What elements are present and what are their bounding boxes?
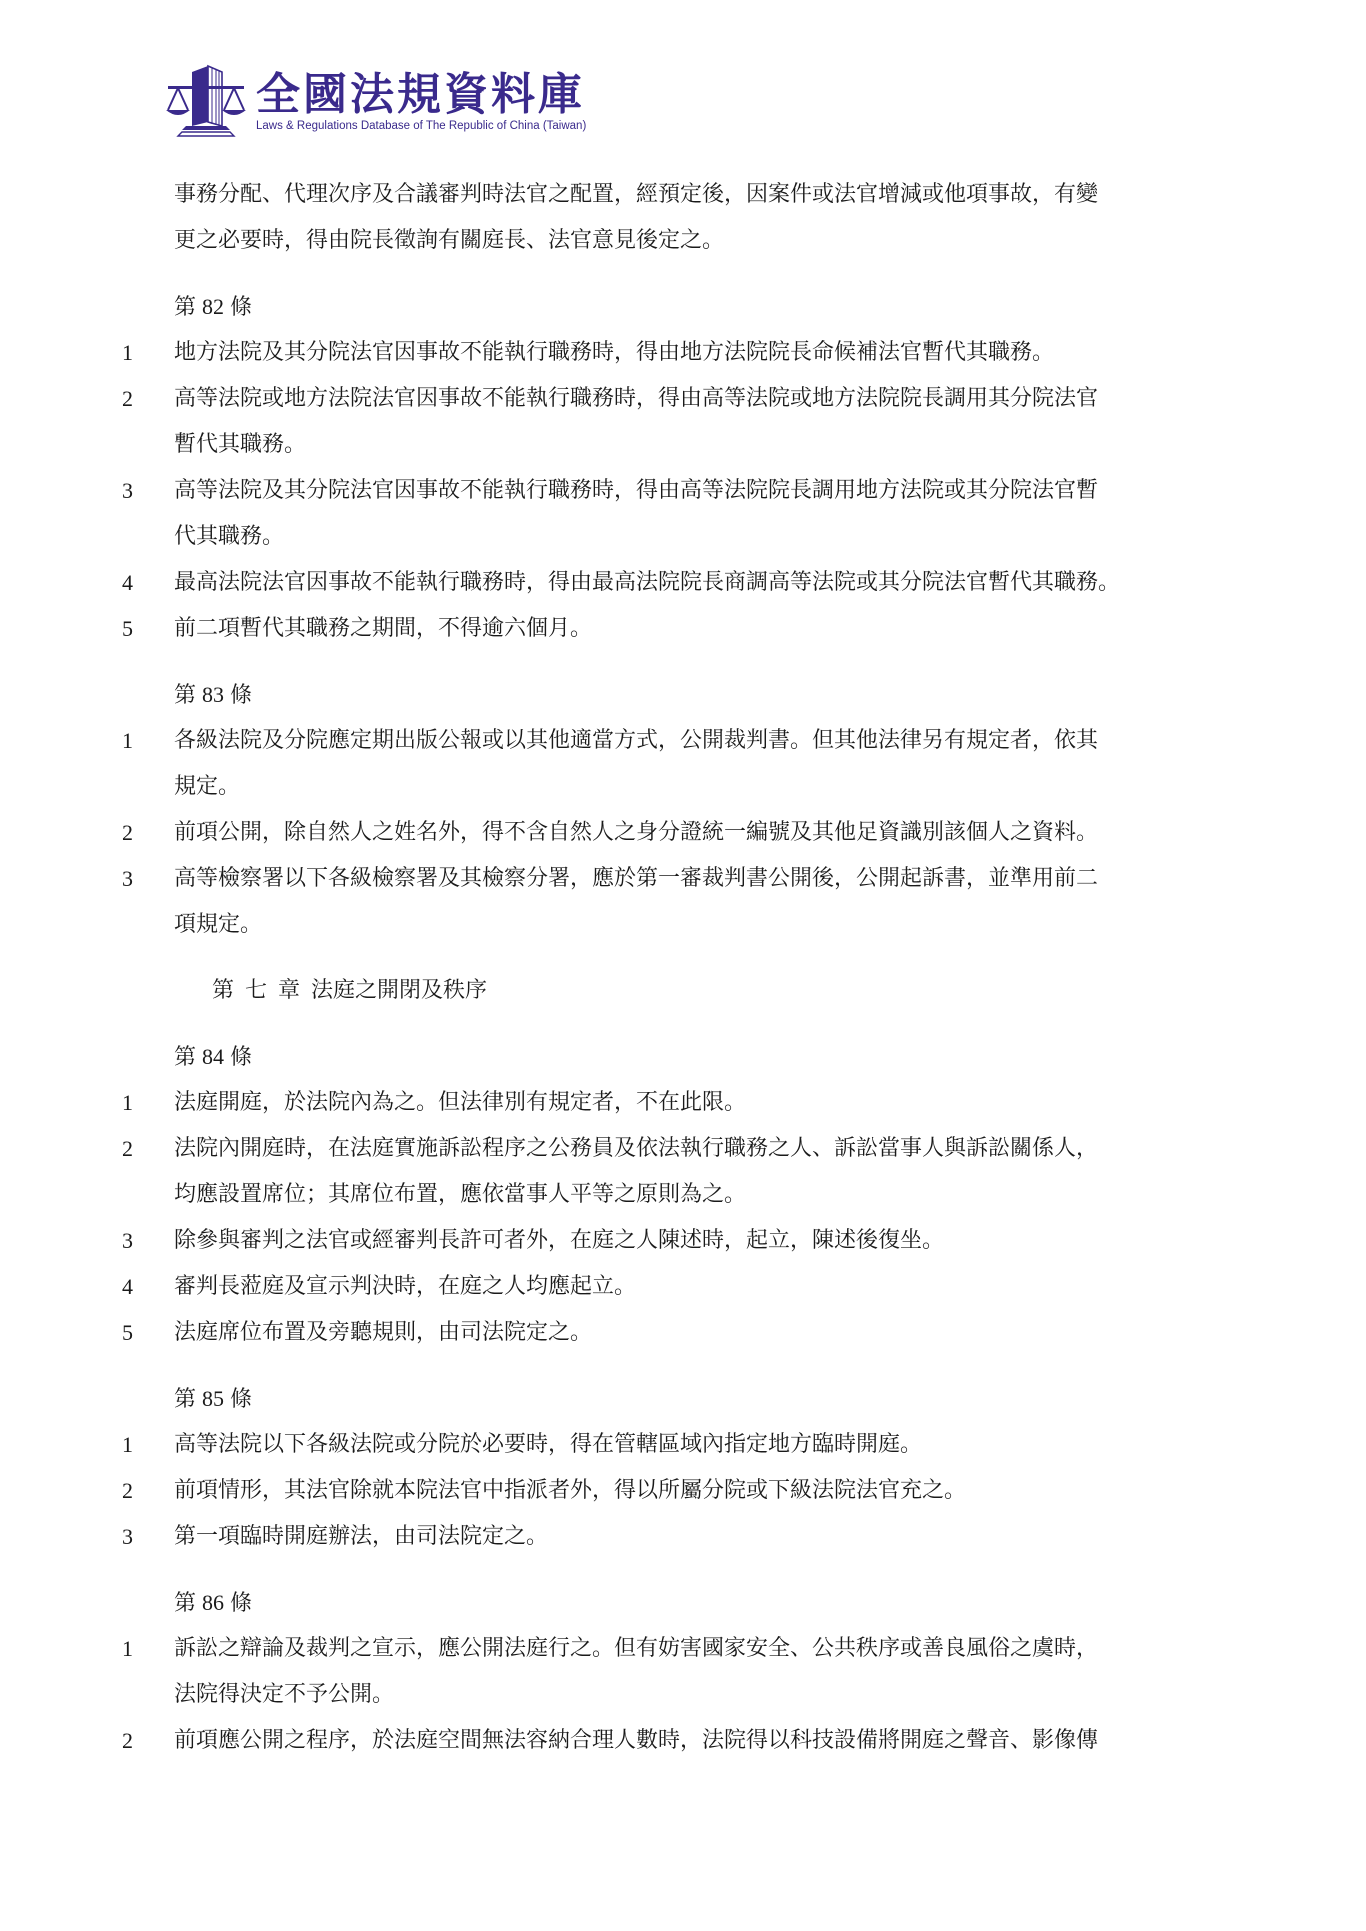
article-84-title: 第84條: [174, 1034, 1366, 1080]
chapter-label: 第 七 章: [212, 978, 300, 1003]
paragraph-number: 2: [122, 1718, 142, 1764]
document-body: 事務分配、代理次序及合議審判時法官之配置，經預定後，因案件或法官增減或他項事故，…: [0, 172, 1366, 1764]
paragraph-number: 3: [122, 856, 142, 902]
paragraph-number: 3: [122, 468, 142, 514]
article-82-paragraph-1: 1 地方法院及其分院法官因事故不能執行職務時，得由地方法院院長命候補法官暫代其職…: [0, 330, 1366, 376]
article-86-paragraph-2: 2 前項應公開之程序，於法庭空間無法容納合理人數時，法院得以科技設備將開庭之聲音…: [0, 1718, 1366, 1764]
paragraph-number: 1: [122, 718, 142, 764]
paragraph-number: 5: [122, 606, 142, 652]
chapter-heading: 第 七 章 法庭之開閉及秩序: [212, 968, 1366, 1014]
paragraph-number: 2: [122, 376, 142, 422]
article-85-paragraph-2: 2 前項情形，其法官除就本院法官中指派者外，得以所屬分院或下級法院法官充之。: [0, 1468, 1366, 1514]
paragraph-number: 1: [122, 1422, 142, 1468]
article-85-title: 第85條: [174, 1376, 1366, 1422]
text-line: 事務分配、代理次序及合議審判時法官之配置，經預定後，因案件或法官增減或他項事故，…: [174, 172, 1254, 218]
article-82-paragraph-3: 3 高等法院及其分院法官因事故不能執行職務時，得由高等法院院長調用地方法院或其分…: [0, 468, 1366, 560]
article-82-paragraph-4: 4 最高法院法官因事故不能執行職務時，得由最高法院院長商調高等法院或其分院法官暫…: [0, 560, 1366, 606]
article-83-paragraph-2: 2 前項公開，除自然人之姓名外，得不含自然人之身分證統一編號及其他足資識別該個人…: [0, 810, 1366, 856]
article-84-paragraph-4: 4 審判長蒞庭及宣示判決時，在庭之人均應起立。: [0, 1264, 1366, 1310]
paragraph-number: 1: [122, 1626, 142, 1672]
paragraph-number: 5: [122, 1310, 142, 1356]
article-83-title: 第83條: [174, 672, 1366, 718]
article-82-title: 第82條: [174, 284, 1366, 330]
paragraph-number: 2: [122, 810, 142, 856]
logo-title: 全國法規資料庫: [256, 70, 586, 120]
paragraph-number: 3: [122, 1514, 142, 1560]
intro-paragraph: 事務分配、代理次序及合議審判時法官之配置，經預定後，因案件或法官增減或他項事故，…: [0, 172, 1366, 264]
paragraph-number: 1: [122, 330, 142, 376]
paragraph-number: 4: [122, 1264, 142, 1310]
article-85-paragraph-1: 1 高等法院以下各級法院或分院於必要時，得在管轄區域內指定地方臨時開庭。: [0, 1422, 1366, 1468]
article-84-paragraph-1: 1 法庭開庭，於法院內為之。但法律別有規定者，不在此限。: [0, 1080, 1366, 1126]
article-86-title: 第86條: [174, 1580, 1366, 1626]
article-83-paragraph-1: 1 各級法院及分院應定期出版公報或以其他適當方式，公開裁判書。但其他法律另有規定…: [0, 718, 1366, 810]
paragraph-number: 2: [122, 1468, 142, 1514]
article-84-paragraph-5: 5 法庭席位布置及旁聽規則，由司法院定之。: [0, 1310, 1366, 1356]
article-86-paragraph-1: 1 訴訟之辯論及裁判之宣示，應公開法庭行之。但有妨害國家安全、公共秩序或善良風俗…: [0, 1626, 1366, 1718]
article-83-paragraph-3: 3 高等檢察署以下各級檢察署及其檢察分署，應於第一審裁判書公開後，公開起訴書，並…: [0, 856, 1366, 948]
chapter-title: 法庭之開閉及秩序: [311, 978, 487, 1003]
paragraph-number: 4: [122, 560, 142, 606]
article-82-paragraph-2: 2 高等法院或地方法院法官因事故不能執行職務時，得由高等法院或地方法院院長調用其…: [0, 376, 1366, 468]
article-82-paragraph-5: 5 前二項暫代其職務之期間，不得逾六個月。: [0, 606, 1366, 652]
text-line: 更之必要時，得由院長徵詢有關庭長、法官意見後定之。: [174, 218, 1254, 264]
paragraph-number: 2: [122, 1126, 142, 1172]
article-84-paragraph-2: 2 法院內開庭時，在法庭實施訴訟程序之公務員及依法執行職務之人、訴訟當事人與訴訟…: [0, 1126, 1366, 1218]
paragraph-number: 1: [122, 1080, 142, 1126]
logo-subtitle: Laws & Regulations Database of The Repub…: [256, 120, 586, 132]
site-logo[interactable]: 全國法規資料庫 Laws & Regulations Database of T…: [164, 62, 586, 140]
paragraph-number: 3: [122, 1218, 142, 1264]
article-85-paragraph-3: 3 第一項臨時開庭辦法，由司法院定之。: [0, 1514, 1366, 1560]
article-84-paragraph-3: 3 除參與審判之法官或經審判長許可者外，在庭之人陳述時，起立，陳述後復坐。: [0, 1218, 1366, 1264]
scales-and-book-icon: [164, 64, 248, 138]
